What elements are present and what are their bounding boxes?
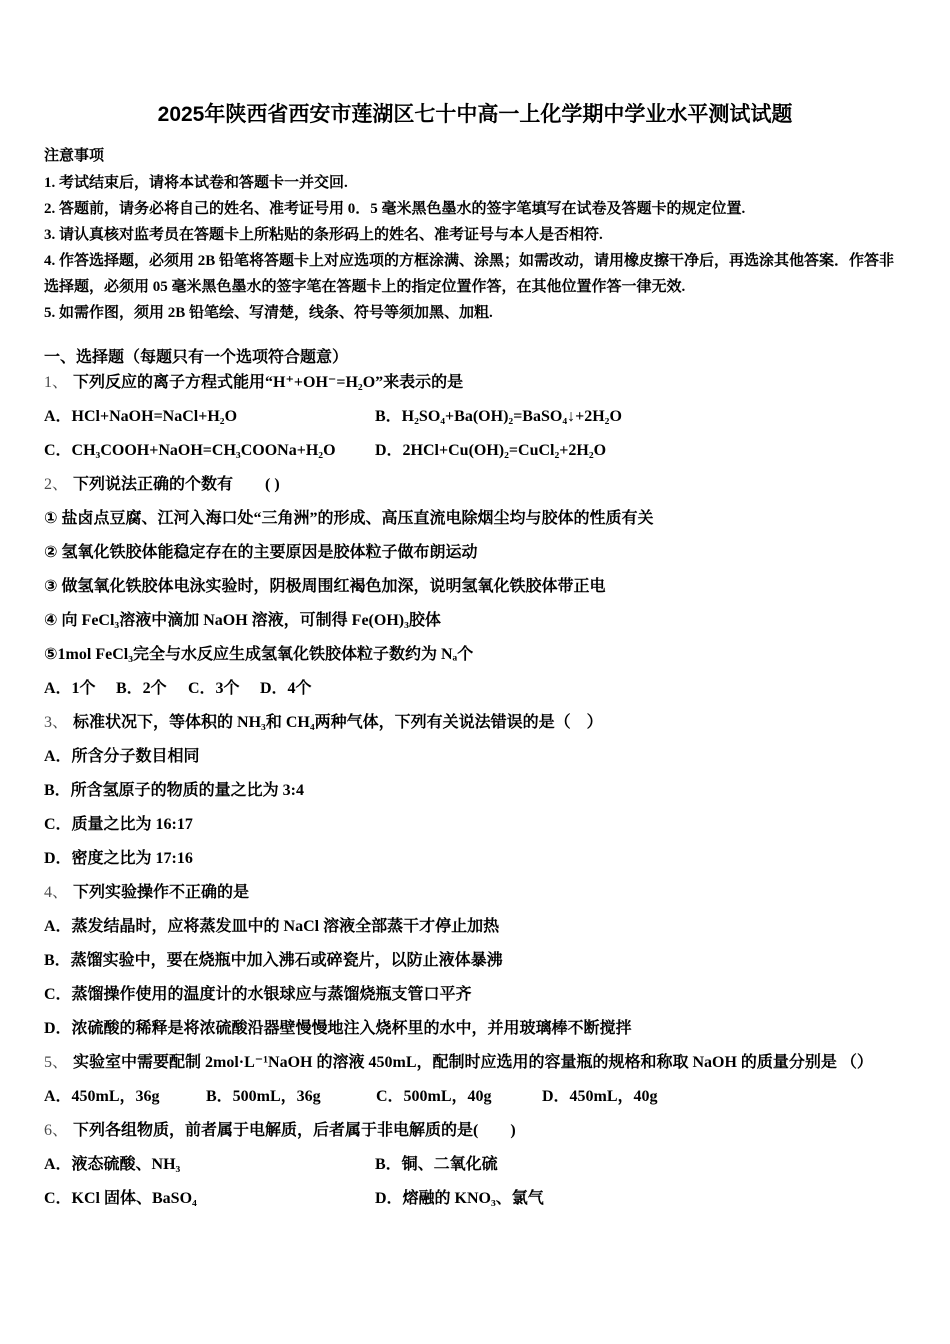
question-6-options-row-2: C．KCl 固体、BaSO₄ D．熔融的 KNO₃、氯气: [44, 1187, 906, 1210]
question-2-option-b: B．2个: [116, 677, 188, 700]
question-6-option-c: C．KCl 固体、BaSO₄: [44, 1187, 375, 1210]
question-6-number: 6、: [44, 1122, 73, 1139]
question-3-text: 标准状况下，等体积的 NH₃和 CH₄两种气体，下列有关说法错误的是（ ）: [73, 714, 603, 731]
section-1-header: 一、选择题（每题只有一个选项符合题意）: [44, 346, 906, 370]
question-5-stem: 5、实验室中需要配制 2mol·L⁻¹NaOH 的溶液 450mL，配制时应选用…: [44, 1051, 906, 1074]
question-5-text: 实验室中需要配制 2mol·L⁻¹NaOH 的溶液 450mL，配制时应选用的容…: [73, 1054, 873, 1071]
question-2-option-d: D．4个: [260, 677, 312, 700]
question-4-number: 4、: [44, 884, 73, 901]
question-5-option-b: B．500mL，36g: [206, 1085, 376, 1108]
question-2-number: 2、: [44, 476, 73, 493]
question-4-option-a: A．蒸发结晶时，应将蒸发皿中的 NaCl 溶液全部蒸干才停止加热: [44, 915, 906, 938]
notice-item-4: 4. 作答选择题，必须用 2B 铅笔将答题卡上对应选项的方框涂满、涂黑；如需改动…: [44, 248, 906, 300]
question-2-option-c: C．3个: [188, 677, 260, 700]
question-1-option-d: D．2HCl+Cu(OH)₂=CuCl₂+2H₂O: [375, 439, 906, 462]
question-5-option-c: C．500mL，40g: [376, 1085, 542, 1108]
question-5-options-row: A．450mL，36g B．500mL，36g C．500mL，40g D．45…: [44, 1085, 906, 1108]
question-2-text: 下列说法正确的个数有 ( ): [73, 476, 280, 493]
question-2-statement-1: ① 盐卤点豆腐、江河入海口处“三角洲”的形成、高压直流电除烟尘均与胶体的性质有关: [44, 507, 906, 530]
question-3-stem: 3、标准状况下，等体积的 NH₃和 CH₄两种气体，下列有关说法错误的是（ ）: [44, 711, 906, 734]
question-1-option-b: B．H₂SO₄+Ba(OH)₂=BaSO₄↓+2H₂O: [375, 405, 906, 428]
question-2-options-row: A．1个 B．2个 C．3个 D．4个: [44, 677, 906, 700]
question-6-stem: 6、下列各组物质，前者属于电解质，后者属于非电解质的是( ): [44, 1119, 906, 1142]
question-2-option-a: A．1个: [44, 677, 116, 700]
notice-section: 注意事项 1. 考试结束后，请将本试卷和答题卡一并交回. 2. 答题前，请务必将…: [44, 144, 906, 326]
notice-header: 注意事项: [44, 144, 906, 168]
question-6-options-row-1: A．液态硫酸、NH₃ B．铜、二氧化硫: [44, 1153, 906, 1176]
question-1-text: 下列反应的离子方程式能用“H⁺+OH⁻=H₂O”来表示的是: [73, 374, 463, 391]
question-4-option-c: C．蒸馏操作使用的温度计的水银球应与蒸馏烧瓶支管口平齐: [44, 983, 906, 1006]
notice-item-3: 3. 请认真核对监考员在答题卡上所粘贴的条形码上的姓名、准考证号与本人是否相符.: [44, 222, 906, 248]
notice-item-2: 2. 答题前，请务必将自己的姓名、准考证号用 0．5 毫米黑色墨水的签字笔填写在…: [44, 196, 906, 222]
question-1-number: 1、: [44, 374, 73, 391]
question-5-option-a: A．450mL，36g: [44, 1085, 206, 1108]
question-2-statement-4: ④ 向 FeCl₃溶液中滴加 NaOH 溶液，可制得 Fe(OH)₃胶体: [44, 609, 906, 632]
question-3-option-c: C．质量之比为 16:17: [44, 813, 906, 836]
question-2-statement-2: ② 氢氧化铁胶体能稳定存在的主要原因是胶体粒子做布朗运动: [44, 541, 906, 564]
exam-paper-page: 2025年陕西省西安市莲湖区七十中高一上化学期中学业水平测试试题 注意事项 1.…: [0, 0, 950, 1210]
question-3-option-d: D．密度之比为 17:16: [44, 847, 906, 870]
question-3-option-a: A．所含分子数目相同: [44, 745, 906, 768]
notice-item-1: 1. 考试结束后，请将本试卷和答题卡一并交回.: [44, 170, 906, 196]
notice-item-5: 5. 如需作图，须用 2B 铅笔绘、写清楚，线条、符号等须加黑、加粗.: [44, 300, 906, 326]
question-4-option-d: D．浓硫酸的稀释是将浓硫酸沿器壁慢慢地注入烧杯里的水中，并用玻璃棒不断搅拌: [44, 1017, 906, 1040]
question-1-option-a: A．HCl+NaOH=NaCl+H₂O: [44, 405, 375, 428]
question-1-options-row-1: A．HCl+NaOH=NaCl+H₂O B．H₂SO₄+Ba(OH)₂=BaSO…: [44, 405, 906, 428]
question-3-option-b: B．所含氢原子的物质的量之比为 3:4: [44, 779, 906, 802]
question-5-option-d: D．450mL，40g: [542, 1085, 658, 1108]
question-4-stem: 4、下列实验操作不正确的是: [44, 881, 906, 904]
question-6-option-d: D．熔融的 KNO₃、氯气: [375, 1187, 906, 1210]
question-2-stem: 2、下列说法正确的个数有 ( ): [44, 473, 906, 496]
question-6-option-a: A．液态硫酸、NH₃: [44, 1153, 375, 1176]
question-1-option-c: C．CH₃COOH+NaOH=CH₃COONa+H₂O: [44, 439, 375, 462]
page-title: 2025年陕西省西安市莲湖区七十中高一上化学期中学业水平测试试题: [44, 100, 906, 130]
question-3-number: 3、: [44, 714, 73, 731]
question-4-text: 下列实验操作不正确的是: [73, 884, 249, 901]
question-5-number: 5、: [44, 1054, 73, 1071]
question-4-option-b: B．蒸馏实验中，要在烧瓶中加入沸石或碎瓷片，以防止液体暴沸: [44, 949, 906, 972]
question-1-options-row-2: C．CH₃COOH+NaOH=CH₃COONa+H₂O D．2HCl+Cu(OH…: [44, 439, 906, 462]
question-2-statement-5: ⑤1mol FeCl₃完全与水反应生成氢氧化铁胶体粒子数约为 Nₐ个: [44, 643, 906, 666]
question-6-option-b: B．铜、二氧化硫: [375, 1153, 906, 1176]
question-1-stem: 1、下列反应的离子方程式能用“H⁺+OH⁻=H₂O”来表示的是: [44, 371, 906, 394]
question-2-statement-3: ③ 做氢氧化铁胶体电泳实验时，阴极周围红褐色加深，说明氢氧化铁胶体带正电: [44, 575, 906, 598]
question-6-text: 下列各组物质，前者属于电解质，后者属于非电解质的是( ): [73, 1122, 516, 1139]
